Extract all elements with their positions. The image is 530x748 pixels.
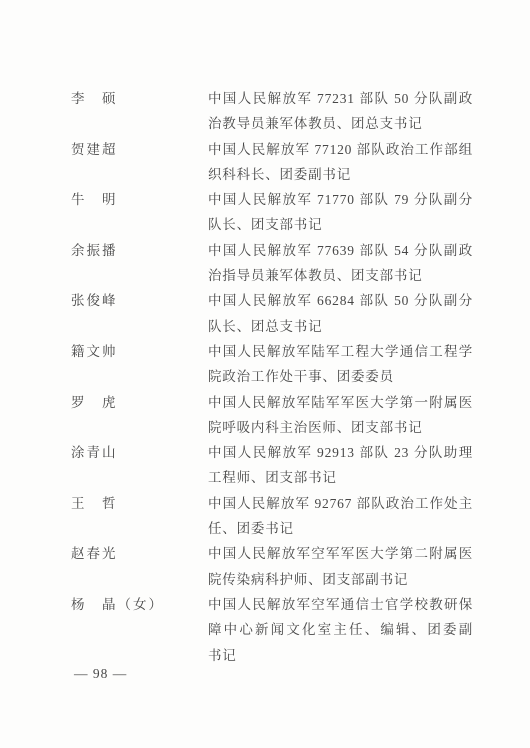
person-name: 赵春光 [71, 541, 208, 566]
person-title: 中国人民解放军 77120 部队政治工作部组织科科长、团委副书记 [208, 137, 473, 188]
person-name: 牛 明 [71, 187, 208, 212]
title-line: 治教导员兼军体教员、团总支书记 [208, 111, 473, 136]
title-line: 院传染病科护师、团支部副书记 [208, 567, 473, 592]
person-title: 中国人民解放军空军通信士官学校教研保障中心新闻文化室主任、编辑、团委副书记 [208, 592, 473, 668]
person-name: 张俊峰 [71, 288, 208, 313]
title-line: 队长、团支部书记 [208, 212, 473, 237]
document-page: 李 硕 中国人民解放军 77231 部队 50 分队副政治教导员兼军体教员、团总… [0, 0, 530, 748]
title-line: 中国人民解放军 77120 部队政治工作部组 [208, 137, 473, 162]
title-line: 中国人民解放军 66284 部队 50 分队副分 [208, 288, 473, 313]
roster-row: 牛 明 中国人民解放军 71770 部队 79 分队副分队长、团支部书记 [71, 187, 473, 238]
title-line: 任、团委书记 [208, 516, 473, 541]
title-line: 队长、团总支书记 [208, 314, 473, 339]
title-line: 障中心新闻文化室主任、编辑、团委副 [208, 617, 473, 642]
title-line: 中国人民解放军陆军军医大学第一附属医 [208, 390, 473, 415]
title-line: 中国人民解放军 77639 部队 54 分队副政 [208, 238, 473, 263]
roster-row: 涂青山 中国人民解放军 92913 部队 23 分队助理工程师、团支部书记 [71, 440, 473, 491]
person-title: 中国人民解放军陆军工程大学通信工程学院政治工作处干事、团委委员 [208, 339, 473, 390]
person-name: 籍文帅 [71, 339, 208, 364]
person-title: 中国人民解放军 92913 部队 23 分队助理工程师、团支部书记 [208, 440, 473, 491]
title-line: 中国人民解放军 92913 部队 23 分队助理 [208, 440, 473, 465]
person-title: 中国人民解放军 92767 部队政治工作处主任、团委书记 [208, 491, 473, 542]
title-line: 治指导员兼军体教员、团支部书记 [208, 263, 473, 288]
title-line: 中国人民解放军陆军工程大学通信工程学 [208, 339, 473, 364]
person-title: 中国人民解放军陆军军医大学第一附属医院呼吸内科主治医师、团支部书记 [208, 390, 473, 441]
person-name: 王 哲 [71, 491, 208, 516]
person-title: 中国人民解放军 77639 部队 54 分队副政治指导员兼军体教员、团支部书记 [208, 238, 473, 289]
person-name: 贺建超 [71, 137, 208, 162]
roster-row: 赵春光 中国人民解放军空军军医大学第二附属医院传染病科护师、团支部副书记 [71, 541, 473, 592]
person-title: 中国人民解放军空军军医大学第二附属医院传染病科护师、团支部副书记 [208, 541, 473, 592]
roster-row: 张俊峰 中国人民解放军 66284 部队 50 分队副分队长、团总支书记 [71, 288, 473, 339]
person-title: 中国人民解放军 71770 部队 79 分队副分队长、团支部书记 [208, 187, 473, 238]
roster-row: 罗 虎 中国人民解放军陆军军医大学第一附属医院呼吸内科主治医师、团支部书记 [71, 390, 473, 441]
person-name: 李 硕 [71, 86, 208, 111]
person-title: 中国人民解放军 77231 部队 50 分队副政治教导员兼军体教员、团总支书记 [208, 86, 473, 137]
roster-row: 贺建超 中国人民解放军 77120 部队政治工作部组织科科长、团委副书记 [71, 137, 473, 188]
roster-row: 余振播 中国人民解放军 77639 部队 54 分队副政治指导员兼军体教员、团支… [71, 238, 473, 289]
title-line: 工程师、团支部书记 [208, 465, 473, 490]
roster-row: 杨 晶（女） 中国人民解放军空军通信士官学校教研保障中心新闻文化室主任、编辑、团… [71, 592, 473, 668]
person-name: 杨 晶（女） [71, 592, 208, 617]
person-name: 余振播 [71, 238, 208, 263]
title-line: 中国人民解放军空军军医大学第二附属医 [208, 541, 473, 566]
title-line: 中国人民解放军 92767 部队政治工作处主 [208, 491, 473, 516]
title-line: 中国人民解放军 71770 部队 79 分队副分 [208, 187, 473, 212]
title-line: 院政治工作处干事、团委委员 [208, 364, 473, 389]
title-line: 院呼吸内科主治医师、团支部书记 [208, 415, 473, 440]
roster-list: 李 硕 中国人民解放军 77231 部队 50 分队副政治教导员兼军体教员、团总… [71, 86, 473, 668]
roster-row: 王 哲 中国人民解放军 92767 部队政治工作处主任、团委书记 [71, 491, 473, 542]
roster-row: 李 硕 中国人民解放军 77231 部队 50 分队副政治教导员兼军体教员、团总… [71, 86, 473, 137]
title-line: 中国人民解放军空军通信士官学校教研保 [208, 592, 473, 617]
person-name: 罗 虎 [71, 390, 208, 415]
roster-row: 籍文帅 中国人民解放军陆军工程大学通信工程学院政治工作处干事、团委委员 [71, 339, 473, 390]
title-line: 书记 [208, 643, 473, 668]
person-name: 涂青山 [71, 440, 208, 465]
title-line: 中国人民解放军 77231 部队 50 分队副政 [208, 86, 473, 111]
page-number: — 98 — [74, 667, 127, 681]
person-title: 中国人民解放军 66284 部队 50 分队副分队长、团总支书记 [208, 288, 473, 339]
title-line: 织科科长、团委副书记 [208, 162, 473, 187]
